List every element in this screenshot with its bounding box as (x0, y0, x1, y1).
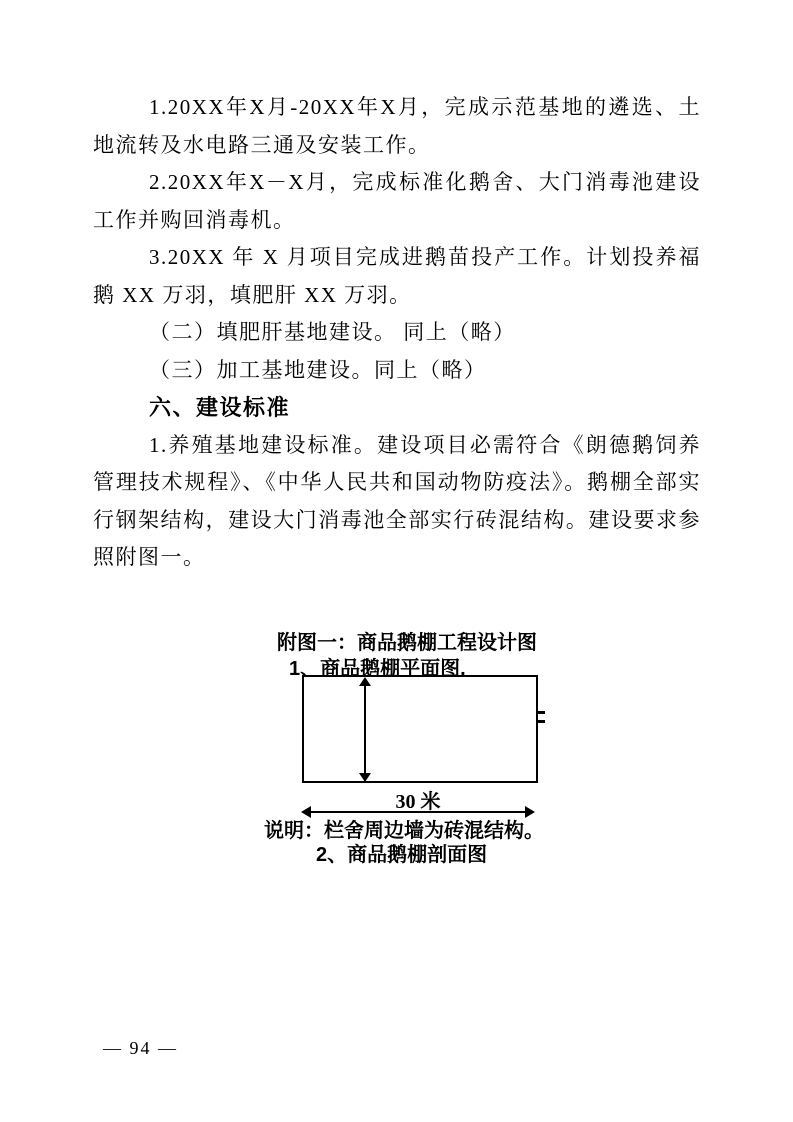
clipped-fragment-stroke-top (538, 711, 545, 714)
shed-plan-rectangle (302, 675, 538, 783)
document-page: 1.20XX年X月-20XX年X月，完成示范基地的遴选、土地流转及水电路三通及安… (0, 0, 793, 1122)
paragraph-standards: 1.养殖基地建设标准。建设项目必需符合《朗德鹅饲养管理技术规程》、《中华人民共和… (93, 427, 701, 577)
height-dimension-arrowhead-down-icon (359, 773, 371, 782)
height-dimension-arrowhead-up-icon (359, 677, 371, 686)
width-dimension-arrowhead-left-icon (301, 806, 311, 818)
width-dimension-arrowhead-right-icon (525, 806, 535, 818)
paragraph-schedule-3: 3.20XX 年 X 月项目完成进鹅苗投产工作。计划投养福鹅 XX 万羽，填肥肝… (93, 239, 701, 314)
paragraph-schedule-2: 2.20XX年X－X月，完成标准化鹅舍、大门消毒池建设工作并购回消毒机。 (93, 164, 701, 239)
figure-title: 附图一：商品鹅棚工程设计图 (277, 626, 537, 655)
clipped-fragment-stroke-bottom (538, 720, 545, 723)
figure-note: 说明：栏舍周边墙为砖混结构。 (264, 814, 544, 843)
document-body: 1.20XX年X月-20XX年X月，完成示范基地的遴选、土地流转及水电路三通及安… (93, 89, 701, 577)
figure-section-caption: 2、商品鹅棚剖面图 (316, 838, 487, 867)
page-number: — 94 — (103, 1038, 178, 1059)
width-dimension-label: 30 米 (302, 785, 534, 814)
clipped-character-fragment (538, 709, 546, 729)
section-heading: 六、建设标准 (93, 389, 701, 427)
paragraph-schedule-1: 1.20XX年X月-20XX年X月，完成示范基地的遴选、土地流转及水电路三通及安… (93, 89, 701, 164)
height-dimension-arrow-line (364, 683, 366, 776)
paragraph-base-2: （二）填肥肝基地建设。 同上（略） (93, 314, 701, 352)
figure-plan-caption: 1、商品鹅棚平面图. (289, 652, 466, 681)
paragraph-base-3: （三）加工基地建设。同上（略） (93, 352, 701, 390)
width-dimension-arrow-line (310, 811, 526, 813)
